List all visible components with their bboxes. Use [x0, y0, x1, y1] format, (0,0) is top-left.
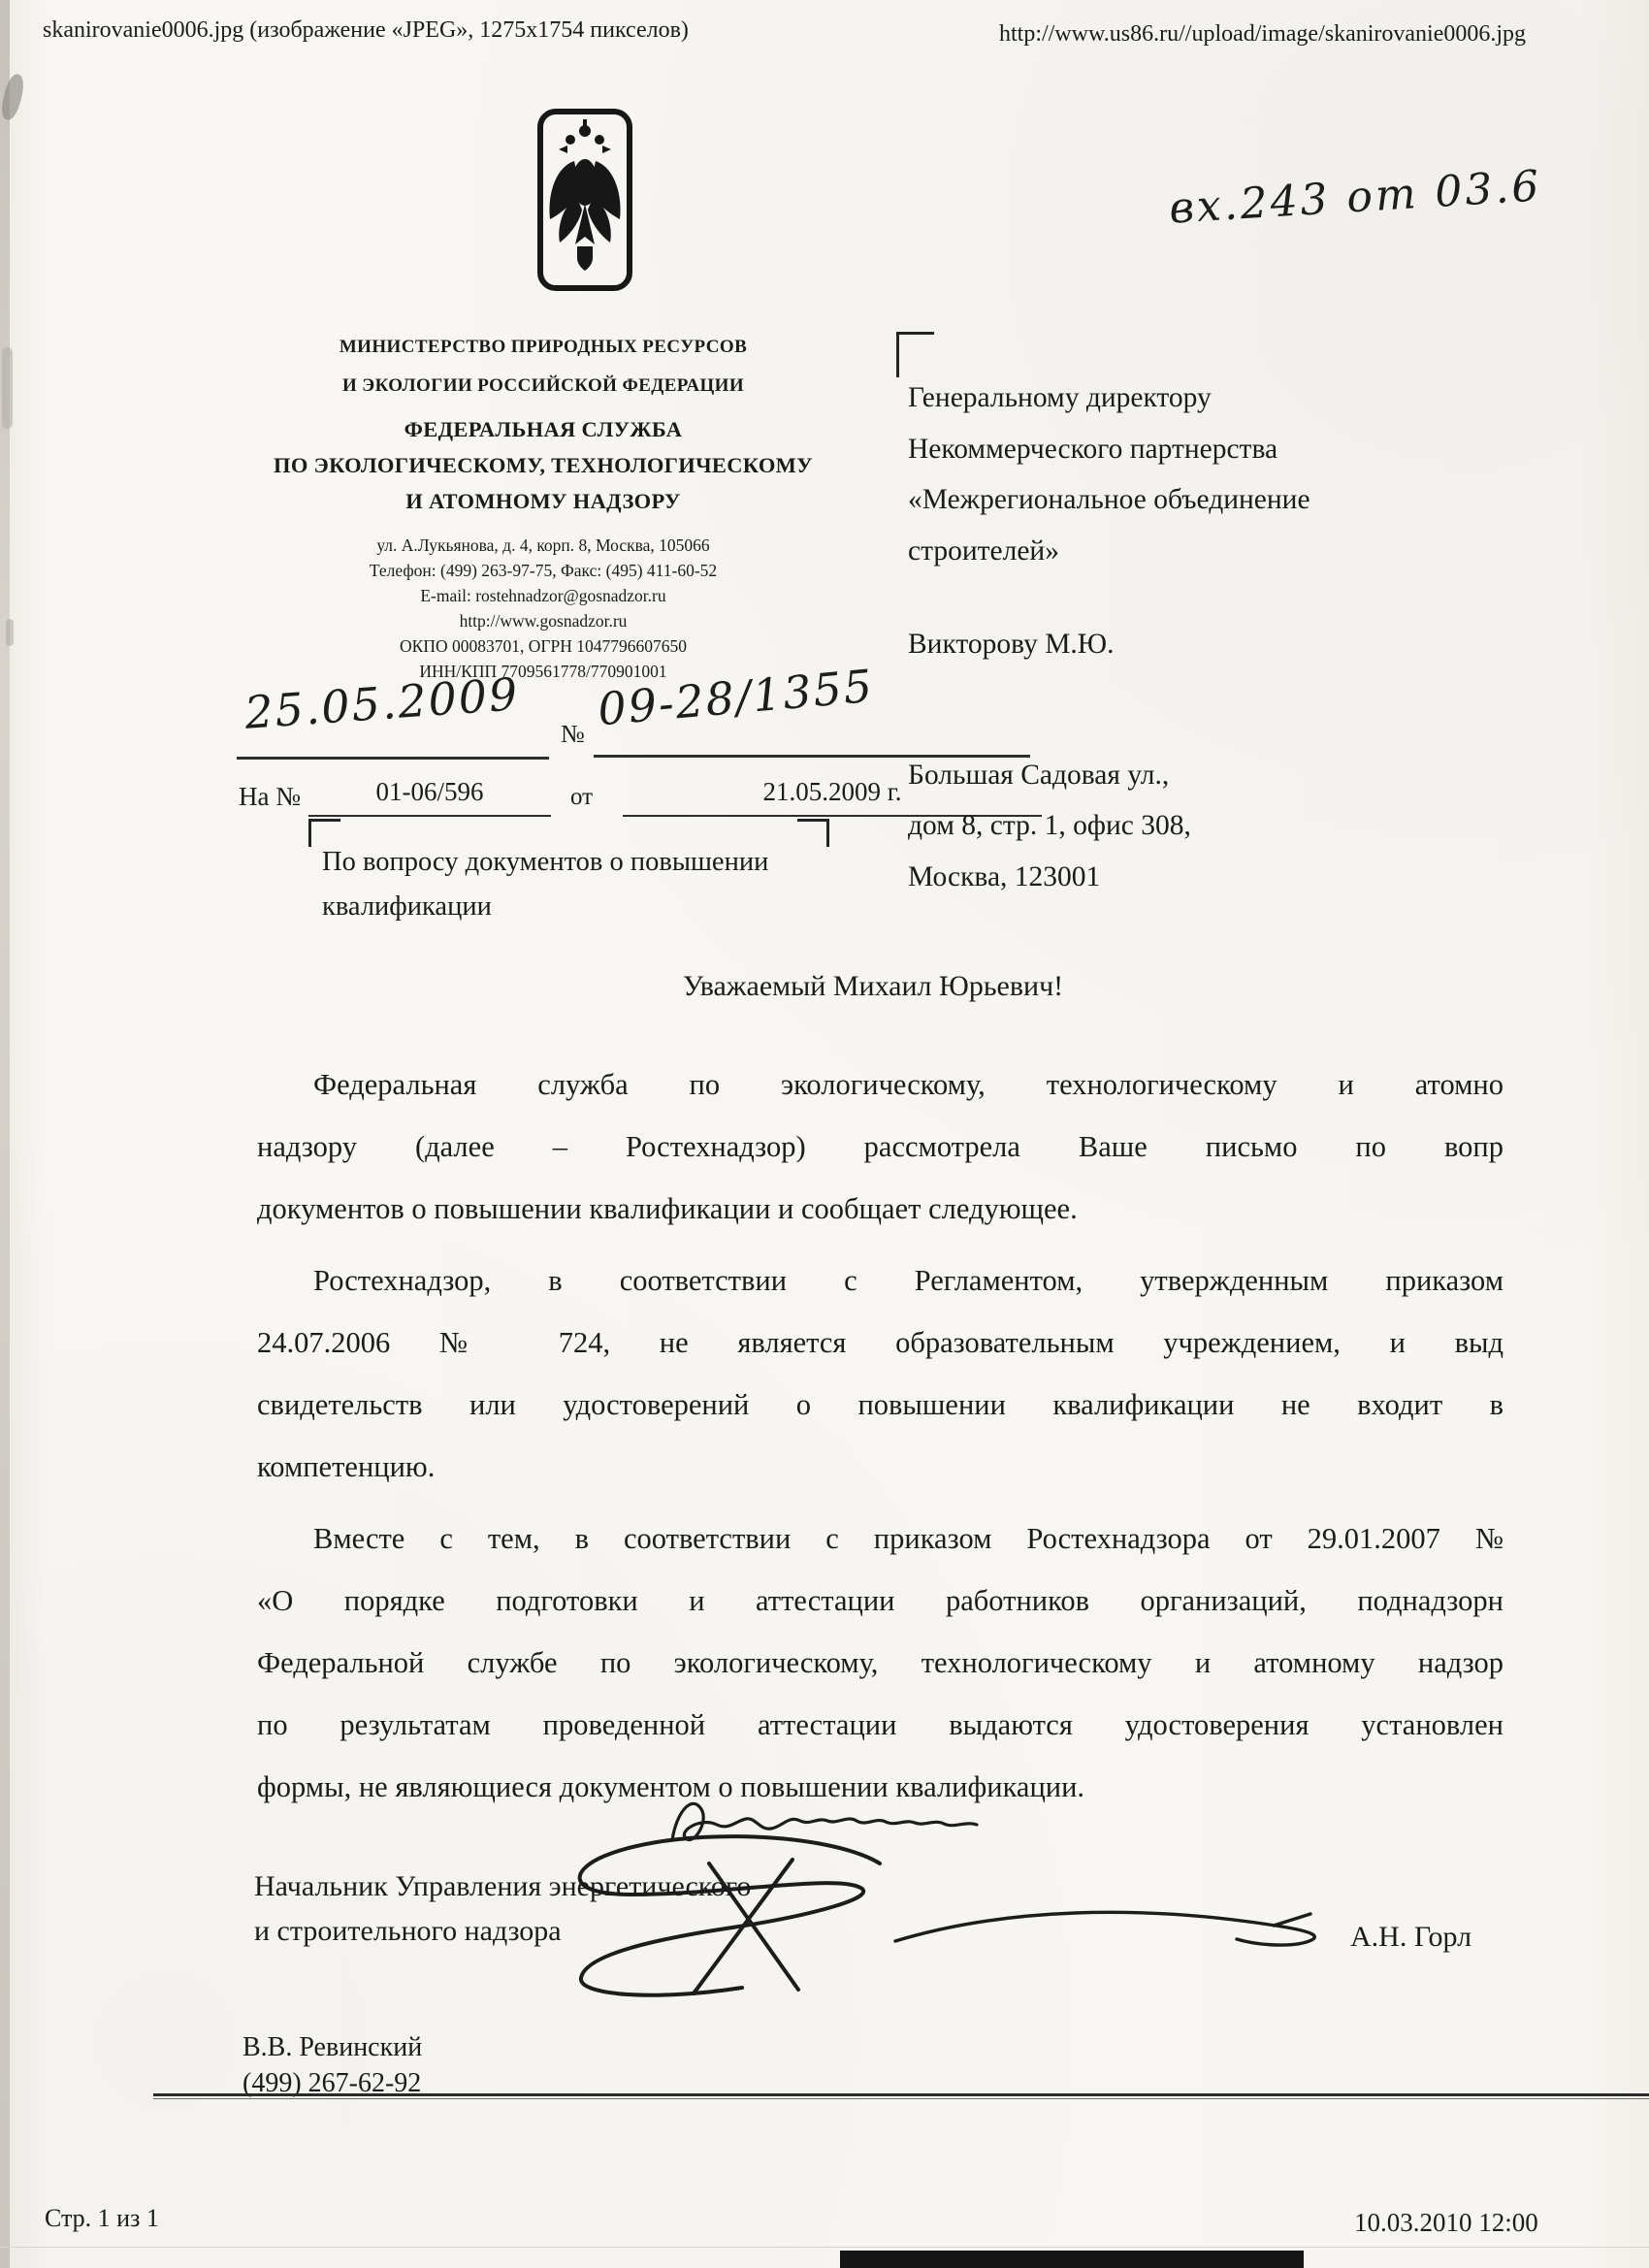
service-name-line: ПО ЭКОЛОГИЧЕСКОМУ, ТЕХНОЛОГИЧЕСКОМУ — [223, 447, 863, 483]
scan-bottom-edge — [0, 2247, 1649, 2248]
recipient-address-line: Большая Садовая ул., — [908, 750, 1502, 801]
torn-paper-mark — [2, 347, 13, 429]
recipient-corner-mark — [896, 332, 934, 377]
reply-from-label: от — [570, 784, 593, 811]
letter-body: Федеральная служба по экологическому, те… — [257, 1044, 1503, 1828]
torn-paper-mark — [6, 619, 14, 646]
letterhead: МИНИСТЕРСТВО ПРИРОДНЫХ РЕСУРСОВ И ЭКОЛОГ… — [223, 328, 863, 684]
reply-ref-number: 01-06/596 — [312, 777, 547, 807]
recipient-org-line: строителей» — [908, 526, 1502, 577]
body-line: «О порядке подготовки и аттестации работ… — [257, 1570, 1503, 1632]
signer-title-line: и строительного надзора — [254, 1909, 933, 1954]
org-address-line: Телефон: (499) 263-97-75, Факс: (495) 41… — [223, 558, 863, 583]
recipient-org-line: «Межрегиональное объединение — [908, 474, 1502, 526]
footer-rule — [153, 2093, 1649, 2096]
signer-name: А.Н. Горл — [1350, 1921, 1471, 1954]
print-footer-timestamp: 10.03.2010 12:00 — [1354, 2208, 1538, 2238]
subject-line: квалификации — [322, 885, 826, 929]
contact-name: В.В. Ревинский — [242, 2029, 422, 2065]
recipient-address-line: дом 8, стр. 1, офис 308, — [908, 800, 1502, 852]
ministry-name-line: МИНИСТЕРСТВО ПРИРОДНЫХ РЕСУРСОВ — [223, 328, 863, 367]
contact-block: В.В. Ревинский (499) 267-62-92 — [242, 2029, 422, 2101]
service-name-line: И АТОМНОМУ НАДЗОРУ — [223, 483, 863, 519]
org-address-line: http://www.gosnadzor.ru — [223, 608, 863, 633]
body-line: по результатам проведенной аттестации вы… — [257, 1694, 1503, 1756]
body-line: надзору (далее – Ростехнадзор) рассмотре… — [257, 1116, 1503, 1178]
signer-title: Начальник Управления энергетического и с… — [254, 1864, 933, 1954]
salutation: Уважаемый Михаил Юрьевич! — [601, 970, 1145, 1003]
number-sign: № — [561, 720, 585, 749]
body-line: документов о повышении квалификации и со… — [257, 1178, 1503, 1240]
recipient-org-line: Генеральному директору — [908, 373, 1502, 424]
org-address-line: E-mail: rostehnadzor@gosnadzor.ru — [223, 583, 863, 608]
service-name-line: ФЕДЕРАЛЬНАЯ СЛУЖБА — [223, 411, 863, 447]
print-header-filename: skanirovanie0006.jpg (изображение «JPEG»… — [43, 17, 689, 44]
body-line: Федеральной службе по экологическому, те… — [257, 1632, 1503, 1694]
recipient-org-line: Некоммерческого партнерства — [908, 424, 1502, 475]
ministry-name-line: И ЭКОЛОГИИ РОССИЙСКОЙ ФЕДЕРАЦИИ — [223, 367, 863, 405]
signer-title-line: Начальник Управления энергетического — [254, 1864, 933, 1909]
form-line — [308, 815, 551, 817]
org-address-line: ОКПО 00083701, ОГРН 1047796607650 — [223, 633, 863, 659]
recipient-address-line: Москва, 123001 — [908, 852, 1502, 903]
body-line: Федеральная служба по экологическому, те… — [257, 1053, 1503, 1116]
body-line: свидетельств или удостоверений о повышен… — [257, 1374, 1503, 1436]
print-footer-page: Стр. 1 из 1 — [45, 2204, 159, 2233]
coat-of-arms-icon — [535, 107, 634, 293]
recipient-person: Викторову М.Ю. — [908, 619, 1502, 670]
org-address-line: ул. А.Лукьянова, д. 4, корп. 8, Москва, … — [223, 533, 863, 558]
print-header-url: http://www.us86.ru//upload/image/skaniro… — [999, 21, 1526, 48]
form-line — [237, 757, 549, 760]
body-line: Вместе с тем, в соответствии с приказом … — [257, 1507, 1503, 1570]
scan-bottom-bar — [840, 2251, 1304, 2268]
incoming-stamp-handwritten: вх.243 от 03.6 — [1168, 161, 1543, 233]
footer-rule-echo — [153, 2098, 1649, 2099]
body-line: Ростехнадзор, в соответствии с Регламент… — [257, 1249, 1503, 1312]
subject-line: По вопросу документов о повышении — [322, 840, 826, 885]
letter-subject: По вопросу документов о повышении квалиф… — [322, 840, 826, 929]
body-line: 24.07.2006 № 724, не является образовате… — [257, 1312, 1503, 1374]
reply-ref-label: На № — [239, 782, 301, 812]
scanner-edge-strip — [0, 0, 10, 2268]
body-line: компетенцию. — [257, 1436, 1503, 1498]
scanned-letter-page: skanirovanie0006.jpg (изображение «JPEG»… — [0, 0, 1649, 2268]
recipient-block: Генеральному директору Некоммерческого п… — [908, 373, 1502, 902]
